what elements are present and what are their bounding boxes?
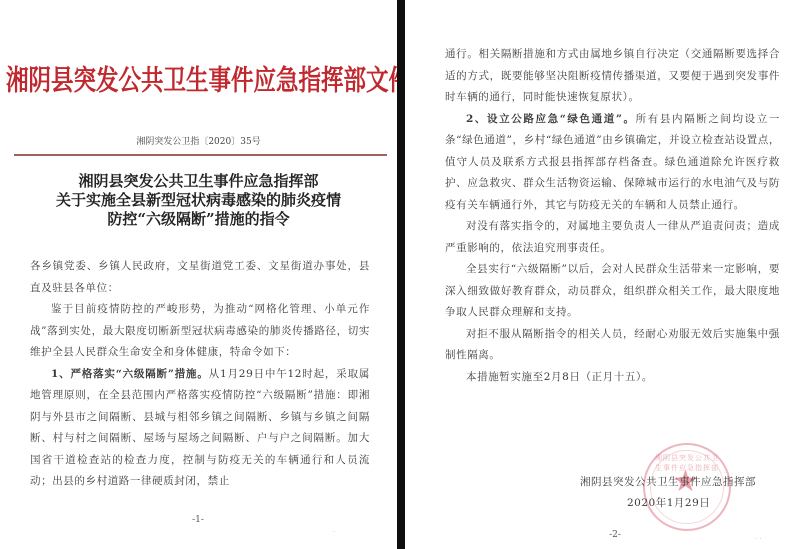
header-divider <box>14 154 387 156</box>
accountability-paragraph: 对没有落实指令的，对属地主要负责人一律从严追责问责；造成严重影响的，依法追究刑事… <box>445 216 780 259</box>
page2-body: 通行。相关隔断措施和方式由属地乡镇自行决定（交通隔断要选择合适的方式，既要能够坚… <box>445 44 780 388</box>
directive-title-line-3: 防控“六级隔断”措施的指令 <box>0 210 397 229</box>
intro-paragraph: 鉴于目前疫情防控的严峻形势，为推动“网格化管理、小单元作战”落到实处，最大限度切… <box>30 299 370 364</box>
item-2-paragraph: 2、设立公路应急“绿色通道”。所有县内隔断之间均设立一条“绿色通道”，乡村“绿色… <box>445 109 780 217</box>
watermark-mark: · · <box>755 535 762 543</box>
document-page-2: 通行。相关隔断措施和方式由属地乡镇自行决定（交通隔断要选择合适的方式，既要能够坚… <box>405 0 800 549</box>
public-work-paragraph: 全县实行“六级隔断”以后，会对人民群众生活带来一定影响，要深入细致做好教育群众，… <box>445 259 780 324</box>
continuation-paragraph: 通行。相关隔断措施和方式由属地乡镇自行决定（交通隔断要选择合适的方式，既要能够坚… <box>445 44 780 109</box>
item-1-text: 从1月29日中午12时起，采取属地管理原则，在全县范围内严格落实疫情防控“六级隔… <box>30 368 370 488</box>
page-number-1: -1- <box>178 515 218 525</box>
signature-date: 2020年1月29日 <box>627 495 710 510</box>
signature-organization: 湘阴县突发公共卫生事件应急指挥部 <box>580 474 756 489</box>
item-1-paragraph: 1、严格落实“六级隔断”措施。从1月29日中午12时起，采取属地管理原则，在全县… <box>30 364 370 493</box>
item-2-heading: 2、设立公路应急“绿色通道”。 <box>466 113 636 125</box>
directive-title-line-1: 湘阴县突发公共卫生事件应急指挥部 <box>0 172 397 191</box>
watermark-dot: · <box>333 528 335 536</box>
page1-body: 各乡镇党委、乡镇人民政府，文星街道党工委、文星街道办事处，县直及驻县各单位： 鉴… <box>30 256 370 493</box>
page-number-2: -2- <box>595 530 635 540</box>
item-1-heading: 1、严格落实“六级隔断”措施。 <box>51 368 209 380</box>
item-2-text: 所有县内隔断之间均设立一条“绿色通道”，乡村“绿色通道”由乡镇确定，并设立检查站… <box>445 113 780 211</box>
document-header-title: 湘阴县突发公共卫生事件应急指挥部文件 <box>6 58 391 98</box>
addressees: 各乡镇党委、乡镇人民政府，文星街道党工委、文星街道办事处，县直及驻县各单位： <box>30 256 370 299</box>
document-page-1: 湘阴县突发公共卫生事件应急指挥部文件 湘阴突发公卫指〔2020〕35号 湘阴县突… <box>0 0 397 549</box>
document-number: 湘阴突发公卫指〔2020〕35号 <box>0 134 397 147</box>
enforcement-paragraph: 对拒不服从隔断指令的相关人员，经耐心劝服无效后实施集中强制性隔离。 <box>445 324 780 367</box>
page-separator <box>397 0 405 549</box>
directive-title: 湘阴县突发公共卫生事件应急指挥部 关于实施全县新型冠状病毒感染的肺炎疫情 防控“… <box>0 172 397 229</box>
directive-title-line-2: 关于实施全县新型冠状病毒感染的肺炎疫情 <box>0 191 397 210</box>
duration-paragraph: 本措施暂实施至2月8日（正月十五）。 <box>445 367 780 389</box>
